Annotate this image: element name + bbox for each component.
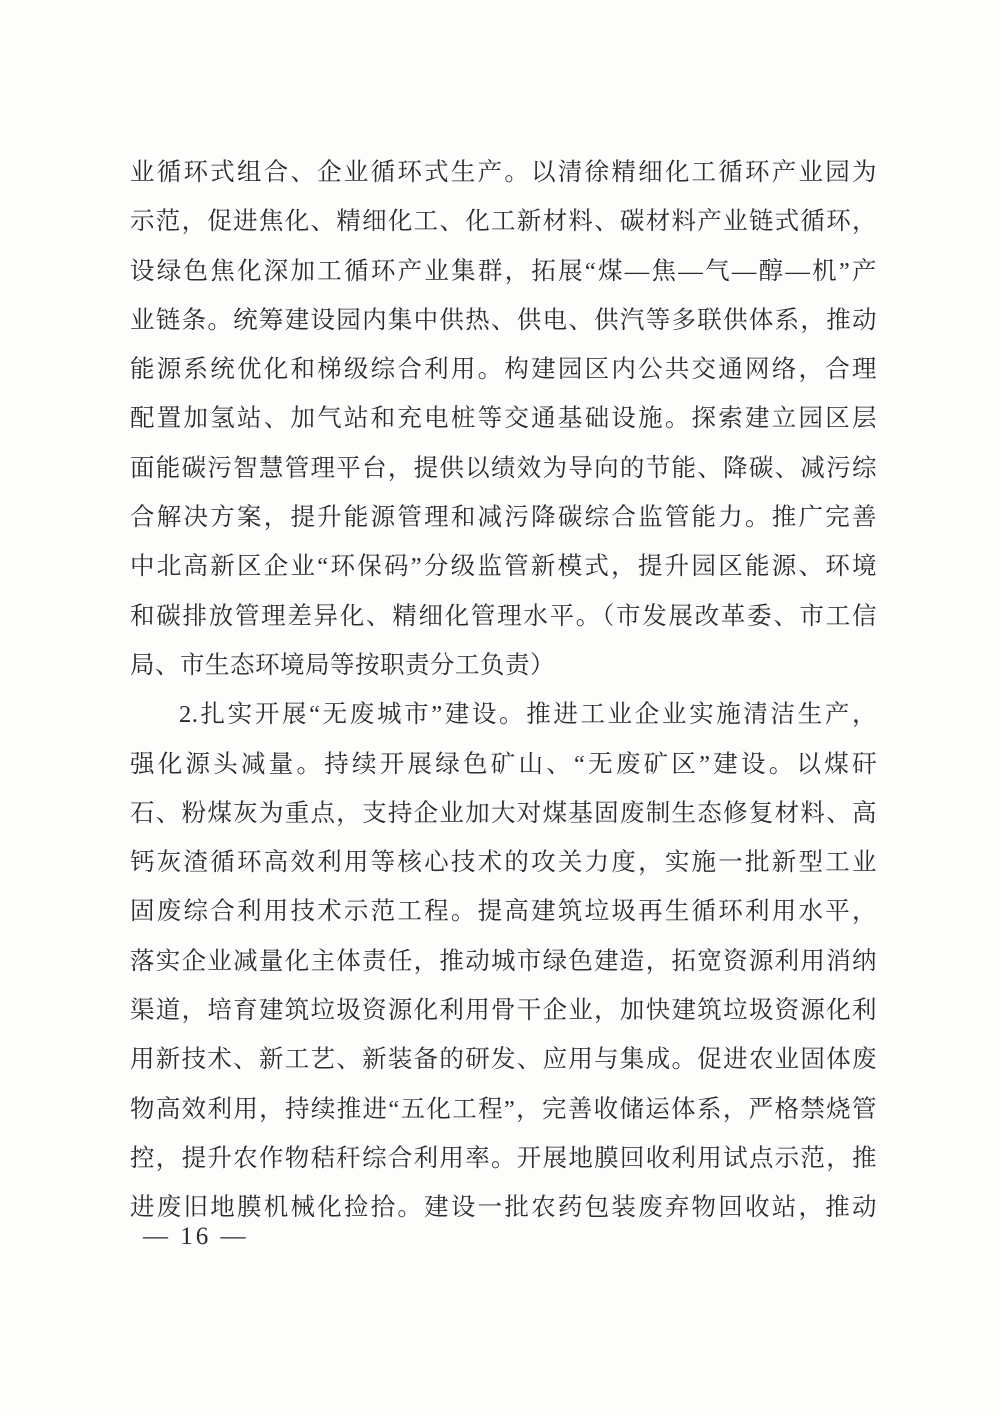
text-line: 局、市生态环境局等按职责分工负责） — [130, 641, 877, 690]
text-line: 固废综合利用技术示范工程。提高建筑垃圾再生循环利用水平， — [130, 887, 877, 936]
text-line: 能源系统优化和梯级综合利用。构建园区内公共交通网络，合理 — [130, 345, 877, 394]
text-line: 强化源头减量。持续开展绿色矿山、“无废矿区”建设。以煤矸 — [130, 740, 877, 789]
text-line: 物高效利用，持续推进“五化工程”，完善收储运体系，严格禁烧管 — [130, 1085, 877, 1134]
text-line: 中北高新区企业“环保码”分级监管新模式，提升园区能源、环境 — [130, 542, 877, 591]
text-line: 落实企业减量化主体责任，推动城市绿色建造，拓宽资源利用消纳 — [130, 937, 877, 986]
text-line: 配置加氢站、加气站和充电桩等交通基础设施。探索建立园区层 — [130, 394, 877, 443]
text-line: 渠道，培育建筑垃圾资源化利用骨干企业，加快建筑垃圾资源化利 — [130, 986, 877, 1035]
page-number: — 16 — — [143, 1222, 249, 1252]
body-text: 业循环式组合、企业循环式生产。以清徐精细化工循环产业园为示范，促进焦化、精细化工… — [130, 148, 877, 1233]
document-page: 业循环式组合、企业循环式生产。以清徐精细化工循环产业园为示范，促进焦化、精细化工… — [0, 0, 1000, 1415]
text-line: 设绿色焦化深加工循环产业集群，拓展“煤—焦—气—醇—机”产 — [130, 247, 877, 296]
text-line: 和碳排放管理差异化、精细化管理水平。（市发展改革委、市工信 — [130, 592, 877, 641]
text-line: 控，提升农作物秸秆综合利用率。开展地膜回收利用试点示范，推 — [130, 1134, 877, 1183]
text-line: 示范，促进焦化、精细化工、化工新材料、碳材料产业链式循环，建 — [130, 197, 877, 246]
text-line: 2.扎实开展“无废城市”建设。推进工业企业实施清洁生产， — [130, 690, 877, 739]
text-line: 合解决方案，提升能源管理和减污降碳综合监管能力。推广完善 — [130, 493, 877, 542]
text-line: 业链条。统筹建设园内集中供热、供电、供汽等多联供体系，推动 — [130, 296, 877, 345]
text-line: 业循环式组合、企业循环式生产。以清徐精细化工循环产业园为 — [130, 148, 877, 197]
text-line: 用新技术、新工艺、新装备的研发、应用与集成。促进农业固体废 — [130, 1035, 877, 1084]
text-line: 石、粉煤灰为重点，支持企业加大对煤基固废制生态修复材料、高 — [130, 789, 877, 838]
text-line: 面能碳污智慧管理平台，提供以绩效为导向的节能、降碳、减污综 — [130, 444, 877, 493]
text-line: 钙灰渣循环高效利用等核心技术的攻关力度，实施一批新型工业 — [130, 838, 877, 887]
